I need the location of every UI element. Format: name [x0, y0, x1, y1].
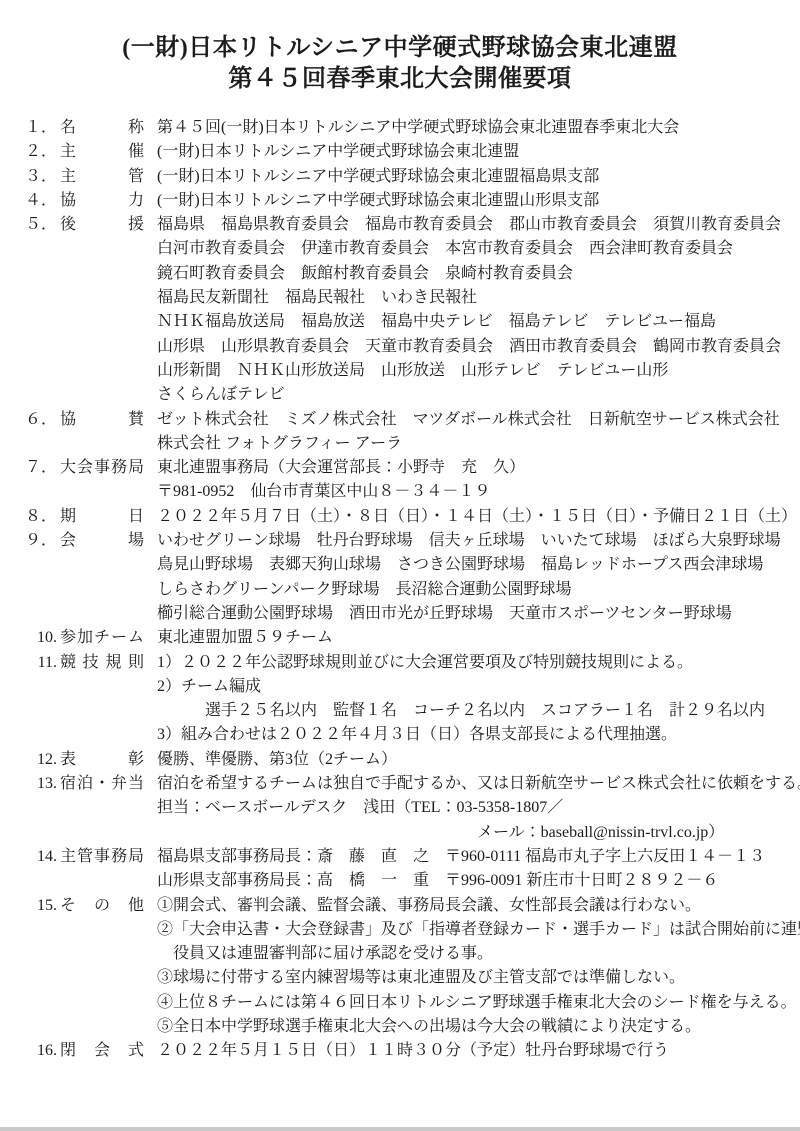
item-7-row: ７．大会事務局東北連盟事務局（大会運営部長：小野寺 充 久） — [0, 456, 800, 480]
item-5-continuation: 白河市教育委員会 伊達市教育委員会 本宮市教育委員会 西会津町教育委員会 — [0, 237, 800, 261]
item-text: メール：baseball@nissin-trvl.co.jp） — [157, 824, 724, 841]
item-9-continuation: しらさわグリーンパーク野球場 長沼総合運動公園野球場 — [0, 578, 800, 602]
item-text: 山形新聞 ＮＨＫ山形放送局 山形放送 山形テレビ テレビユー山形 — [157, 362, 668, 379]
item-label: 協力 — [60, 189, 144, 213]
item-text: (一財)日本リトルシニア中学硬式野球協会東北連盟 — [157, 143, 519, 160]
item-number: 10. — [0, 626, 57, 650]
item-2-row: ２．主催(一財)日本リトルシニア中学硬式野球協会東北連盟 — [0, 140, 800, 164]
document-page: (一財)日本リトルシニア中学硬式野球協会東北連盟 第４５回春季東北大会開催要項 … — [0, 0, 800, 1131]
item-15-row: 15.その他①開会式、審判会議、監督会議、事務局長会議、女性部長会議は行わない。 — [0, 894, 800, 918]
item-11-row: 11.競技規則1）２０２２年公認野球規則並びに大会運営要項及び特別競技規則による… — [0, 651, 800, 675]
item-text: 第４５回(一財)日本リトルシニア中学硬式野球協会東北連盟春季東北大会 — [157, 119, 679, 136]
document-header: (一財)日本リトルシニア中学硬式野球協会東北連盟 第４５回春季東北大会開催要項 — [0, 0, 800, 95]
item-11-continuation: 3）組み合わせは２０２２年４月３日（日）各県支部長による代理抽選。 — [0, 723, 800, 747]
item-number: ２． — [0, 140, 57, 164]
item-text: 株式会社 フォトグラフィー アーラ — [157, 435, 402, 452]
item-text: しらさわグリーンパーク野球場 長沼総合運動公園野球場 — [157, 581, 572, 598]
item-9-continuation: 鳥見山野球場 表郷天狗山球場 さつき公園野球場 福島レッドホープス西会津球場 — [0, 553, 800, 577]
item-number: ８． — [0, 505, 57, 529]
item-text: ２０２２年５月７日（土）・８日（日）・１４日（土）・１５日（日）・予備日２１日（… — [157, 508, 797, 525]
item-text: ２０２２年５月１５日（日）１１時３０分（予定）牡丹台野球場で行う — [157, 1042, 669, 1059]
item-8-row: ８．期日２０２２年５月７日（土）・８日（日）・１４日（土）・１５日（日）・予備日… — [0, 505, 800, 529]
item-text: さくらんぼテレビ — [157, 386, 285, 403]
item-15-continuation: 役員又は連盟審判部に届け承認を受ける事。 — [0, 942, 800, 966]
item-number: 14. — [0, 845, 57, 869]
item-1-row: １．名称第４５回(一財)日本リトルシニア中学硬式野球協会東北連盟春季東北大会 — [0, 116, 800, 140]
item-label: 名称 — [60, 116, 144, 140]
item-text: 福島県支部事務局長：斎 藤 直 之 〒960-0111 福島市丸子字上六反田１４… — [157, 848, 765, 865]
item-text: 山形県支部事務局長：高 橋 一 重 〒996-0091 新庄市十日町２８９２－６ — [157, 872, 718, 889]
item-text: 櫛引総合運動公園野球場 酒田市光が丘野球場 天童市スポーツセンター野球場 — [157, 605, 732, 622]
item-label: 後援 — [60, 213, 144, 237]
item-6-continuation: 株式会社 フォトグラフィー アーラ — [0, 432, 800, 456]
item-text: 東北連盟事務局（大会運営部長：小野寺 充 久） — [157, 459, 525, 476]
item-15-continuation: ②「大会申込書・大会登録書」及び「指導者登録カード・選手カード」は試合開始前に連… — [0, 918, 800, 942]
item-text: ③球場に付帯する室内練習場等は東北連盟及び主管支部では準備しない。 — [157, 969, 685, 986]
item-9-row: ９．会場いわせグリーン球場 牡丹台野球場 信夫ヶ丘球場 いいたて球場 ほばら大泉… — [0, 529, 800, 553]
item-text: 宿泊を希望するチームは独自で手配するか、又は日新航空サービス株式会社に依頼をする… — [157, 775, 800, 792]
item-text: ④上位８チームには第４６回日本リトルシニア野球選手権東北大会のシード権を与える。 — [157, 994, 797, 1011]
item-3-row: ３．主管(一財)日本リトルシニア中学硬式野球協会東北連盟福島県支部 — [0, 165, 800, 189]
item-6-row: ６．協賛ゼット株式会社 ミズノ株式会社 マツダボール株式会社 日新航空サービス株… — [0, 408, 800, 432]
item-number: ７． — [0, 456, 57, 480]
item-label: 主催 — [60, 140, 144, 164]
item-14-continuation: 山形県支部事務局長：高 橋 一 重 〒996-0091 新庄市十日町２８９２－６ — [0, 869, 800, 893]
item-label: 主管 — [60, 165, 144, 189]
item-number: ５． — [0, 213, 57, 237]
item-text: 山形県 山形県教育委員会 天童市教育委員会 酒田市教育委員会 鶴岡市教育委員会 — [157, 338, 781, 355]
item-13-continuation: メール：baseball@nissin-trvl.co.jp） — [0, 821, 800, 845]
item-11-continuation: 2）チーム編成 — [0, 675, 800, 699]
doc-title-line2: 第４５回春季東北大会開催要項 — [0, 64, 800, 95]
item-text: いわせグリーン球場 牡丹台野球場 信夫ヶ丘球場 いいたて球場 ほばら大泉野球場 — [157, 532, 781, 549]
item-number: 11. — [0, 651, 57, 675]
item-text: (一財)日本リトルシニア中学硬式野球協会東北連盟山形県支部 — [157, 192, 599, 209]
item-5-continuation: 山形新聞 ＮＨＫ山形放送局 山形放送 山形テレビ テレビユー山形 — [0, 359, 800, 383]
item-text: 福島県 福島県教育委員会 福島市教育委員会 郡山市教育委員会 須賀川教育委員会 — [157, 216, 781, 233]
item-label: 参加チーム — [60, 626, 144, 650]
item-15-continuation: ④上位８チームには第４６回日本リトルシニア野球選手権東北大会のシード権を与える。 — [0, 991, 800, 1015]
item-number: ３． — [0, 165, 57, 189]
item-5-continuation: 福島民友新聞社 福島民報社 いわき民報社 — [0, 286, 800, 310]
item-number: １． — [0, 116, 57, 140]
item-text: 選手２５名以内 監督１名 コーチ２名以内 スコアラー１名 計２９名以内 — [157, 702, 765, 719]
item-number: ６． — [0, 408, 57, 432]
item-number: 13. — [0, 772, 57, 796]
doc-title-line1: (一財)日本リトルシニア中学硬式野球協会東北連盟 — [0, 33, 800, 64]
item-text: 東北連盟加盟５９チーム — [157, 629, 333, 646]
item-text: ②「大会申込書・大会登録書」及び「指導者登録カード・選手カード」は試合開始前に連… — [157, 921, 800, 938]
item-label: 宿泊・弁当 — [60, 772, 144, 796]
item-text: 鏡石町教育委員会 飯館村教育委員会 泉崎村教育委員会 — [157, 265, 573, 282]
item-text: 優勝、準優勝、第3位（2チーム） — [157, 751, 397, 768]
item-5-continuation: 鏡石町教育委員会 飯館村教育委員会 泉崎村教育委員会 — [0, 262, 800, 286]
item-12-row: 12.表彰優勝、準優勝、第3位（2チーム） — [0, 748, 800, 772]
item-number: 15. — [0, 894, 57, 918]
item-16-row: 16.閉会式２０２２年５月１５日（日）１１時３０分（予定）牡丹台野球場で行う — [0, 1039, 800, 1063]
item-number: ４． — [0, 189, 57, 213]
item-14-row: 14.主管事務局福島県支部事務局長：斎 藤 直 之 〒960-0111 福島市丸… — [0, 845, 800, 869]
item-text: 〒981-0952 仙台市青葉区中山８－３４－１９ — [157, 483, 490, 500]
items-list: １．名称第４５回(一財)日本リトルシニア中学硬式野球協会東北連盟春季東北大会２．… — [0, 116, 800, 1064]
item-10-row: 10.参加チーム東北連盟加盟５９チーム — [0, 626, 800, 650]
item-5-continuation: さくらんぼテレビ — [0, 383, 800, 407]
item-5-continuation: ＮＨＫ福島放送局 福島放送 福島中央テレビ 福島テレビ テレビユー福島 — [0, 310, 800, 334]
item-text: 3）組み合わせは２０２２年４月３日（日）各県支部長による代理抽選。 — [157, 726, 677, 743]
item-9-continuation: 櫛引総合運動公園野球場 酒田市光が丘野球場 天童市スポーツセンター野球場 — [0, 602, 800, 626]
item-label: 会場 — [60, 529, 144, 553]
item-label: その他 — [60, 894, 144, 918]
item-label: 協賛 — [60, 408, 144, 432]
item-label: 競技規則 — [60, 651, 144, 675]
item-5-continuation: 山形県 山形県教育委員会 天童市教育委員会 酒田市教育委員会 鶴岡市教育委員会 — [0, 335, 800, 359]
item-text: 役員又は連盟審判部に届け承認を受ける事。 — [157, 945, 493, 962]
item-number: 12. — [0, 748, 57, 772]
item-text: 2）チーム編成 — [157, 678, 261, 695]
item-text: 担当：ベースボールデスク 浅田（TEL：03-5358-1807／ — [157, 799, 563, 816]
item-15-continuation: ③球場に付帯する室内練習場等は東北連盟及び主管支部では準備しない。 — [0, 966, 800, 990]
item-label: 期日 — [60, 505, 144, 529]
item-4-row: ４．協力(一財)日本リトルシニア中学硬式野球協会東北連盟山形県支部 — [0, 189, 800, 213]
item-text: 1）２０２２年公認野球規則並びに大会運営要項及び特別競技規則による。 — [157, 654, 693, 671]
item-15-continuation: ⑤全日本中学野球選手権東北大会への出場は今大会の戦績により決定する。 — [0, 1015, 800, 1039]
item-11-continuation: 選手２５名以内 監督１名 コーチ２名以内 スコアラー１名 計２９名以内 — [0, 699, 800, 723]
item-text: ゼット株式会社 ミズノ株式会社 マツダボール株式会社 日新航空サービス株式会社 — [157, 411, 780, 428]
item-text: 福島民友新聞社 福島民報社 いわき民報社 — [157, 289, 477, 306]
item-number: 16. — [0, 1039, 57, 1063]
item-13-continuation: 担当：ベースボールデスク 浅田（TEL：03-5358-1807／ — [0, 796, 800, 820]
item-number: ９． — [0, 529, 57, 553]
item-13-row: 13.宿泊・弁当宿泊を希望するチームは独自で手配するか、又は日新航空サービス株式… — [0, 772, 800, 796]
item-5-row: ５．後援福島県 福島県教育委員会 福島市教育委員会 郡山市教育委員会 須賀川教育… — [0, 213, 800, 237]
item-text: ⑤全日本中学野球選手権東北大会への出場は今大会の戦績により決定する。 — [157, 1018, 701, 1035]
item-text: ①開会式、審判会議、監督会議、事務局長会議、女性部長会議は行わない。 — [157, 897, 701, 914]
item-label: 表彰 — [60, 748, 144, 772]
item-text: ＮＨＫ福島放送局 福島放送 福島中央テレビ 福島テレビ テレビユー福島 — [157, 313, 716, 330]
item-label: 主管事務局 — [60, 845, 144, 869]
item-label: 大会事務局 — [60, 456, 144, 480]
item-text: 白河市教育委員会 伊達市教育委員会 本宮市教育委員会 西会津町教育委員会 — [157, 240, 733, 257]
item-7-continuation: 〒981-0952 仙台市青葉区中山８－３４－１９ — [0, 480, 800, 504]
item-label: 閉会式 — [60, 1039, 144, 1063]
item-text: 鳥見山野球場 表郷天狗山球場 さつき公園野球場 福島レッドホープス西会津球場 — [157, 556, 763, 573]
item-text: (一財)日本リトルシニア中学硬式野球協会東北連盟福島県支部 — [157, 168, 599, 185]
